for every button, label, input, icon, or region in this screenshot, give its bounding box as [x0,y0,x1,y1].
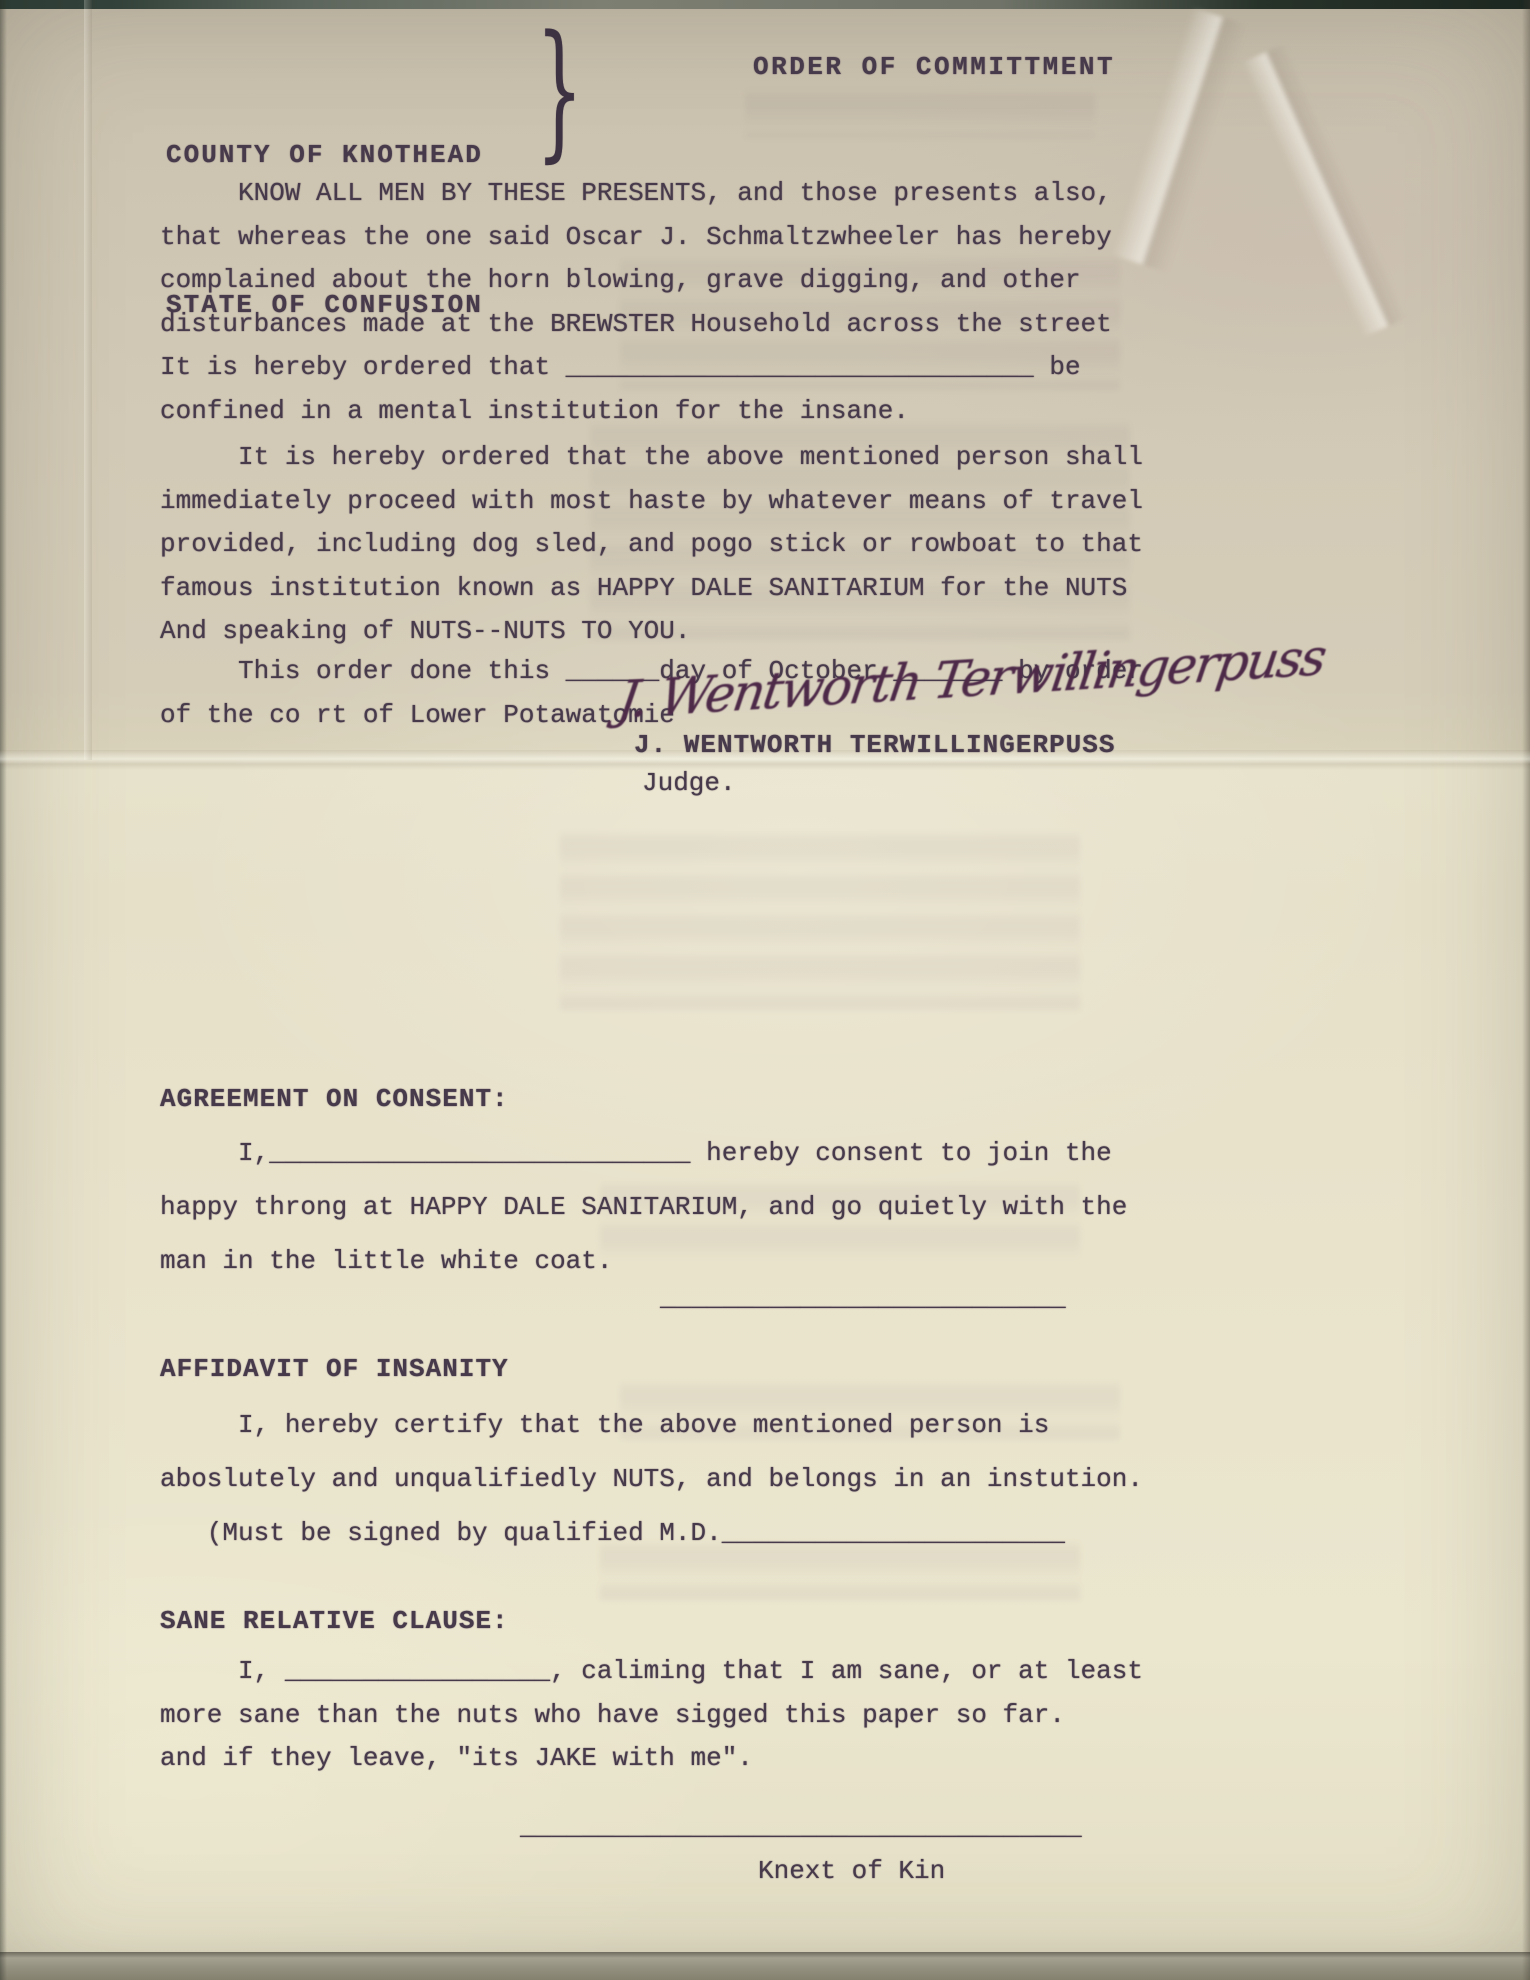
affidavit-line: I, hereby certify that the above mention… [160,1398,1143,1452]
body-line: disturbances made at the BREWSTER Househ… [160,303,1112,347]
affidavit-md-line-with-blank: (Must be signed by qualified M.D._______… [160,1506,1143,1560]
paper-fold-crease [84,0,92,760]
next-of-kin-label: Knext of Kin [758,1856,945,1886]
body-line: immediately proceed with most haste by w… [160,480,1143,524]
body-line: confined in a mental institution for the… [160,390,1112,434]
consent-paragraph: I,___________________________ hereby con… [160,1126,1127,1288]
county-line: COUNTY OF KNOTHEAD [166,134,483,178]
sane-line: more sane than the nuts who have sigged … [160,1694,1143,1738]
body-line: KNOW ALL MEN BY THESE PRESENTS, and thos… [160,172,1112,216]
affidavit-paragraph: I, hereby certify that the above mention… [160,1398,1143,1560]
consent-line: man in the little white coat. [160,1234,1127,1288]
order-paragraph-2: It is hereby ordered that the above ment… [160,436,1143,654]
consent-signature-line: __________________________ [660,1283,1066,1313]
sane-line-with-blank: I, _________________, caliming that I am… [160,1650,1143,1694]
body-line: famous institution known as HAPPY DALE S… [160,567,1143,611]
body-line: that whereas the one said Oscar J. Schma… [160,216,1112,260]
document-title: ORDER OF COMMITTMENT [753,52,1115,82]
sane-line: and if they leave, "its JAKE with me". [160,1737,1143,1781]
document-page: COUNTY OF KNOTHEAD STATE OF CONFUSION } … [0,0,1530,1980]
sane-clause-paragraph: I, _________________, caliming that I am… [160,1650,1143,1781]
consent-heading: AGREEMENT ON CONSENT: [160,1078,509,1122]
bleed-through-artifact [560,830,1080,1010]
paper-wrinkle [1111,7,1248,273]
body-line: provided, including dog sled, and pogo s… [160,523,1143,567]
bleed-through-artifact [745,88,1095,138]
sane-clause-heading: SANE RELATIVE CLAUSE: [160,1600,509,1644]
affidavit-heading: AFFIDAVIT OF INSANITY [160,1348,509,1392]
affidavit-line: aboslutely and unqualifiedly NUTS, and b… [160,1452,1143,1506]
body-line-with-blank: It is hereby ordered that ______________… [160,346,1112,390]
consent-line-with-blank: I,___________________________ hereby con… [160,1126,1127,1180]
photo-edge-bottom [0,1952,1530,1980]
photo-edge-right [1522,0,1530,1980]
body-line: And speaking of NUTS--NUTS TO YOU. [160,610,1143,654]
judge-role-label: Judge. [642,768,736,798]
body-line: It is hereby ordered that the above ment… [160,436,1143,480]
brace-glyph: } [536,4,583,176]
next-of-kin-signature-line: ____________________________________ [520,1812,1082,1842]
body-line: complained about the horn blowing, grave… [160,259,1112,303]
paper-wrinkle [1241,43,1409,337]
order-paragraph-1: KNOW ALL MEN BY THESE PRESENTS, and thos… [160,172,1112,433]
judge-typed-name: J. WENTWORTH TERWILLINGERPUSS [634,730,1115,760]
consent-line: happy throng at HAPPY DALE SANITARIUM, a… [160,1180,1127,1234]
photo-edge-left [0,0,7,1980]
photo-edge-top [0,0,1530,9]
